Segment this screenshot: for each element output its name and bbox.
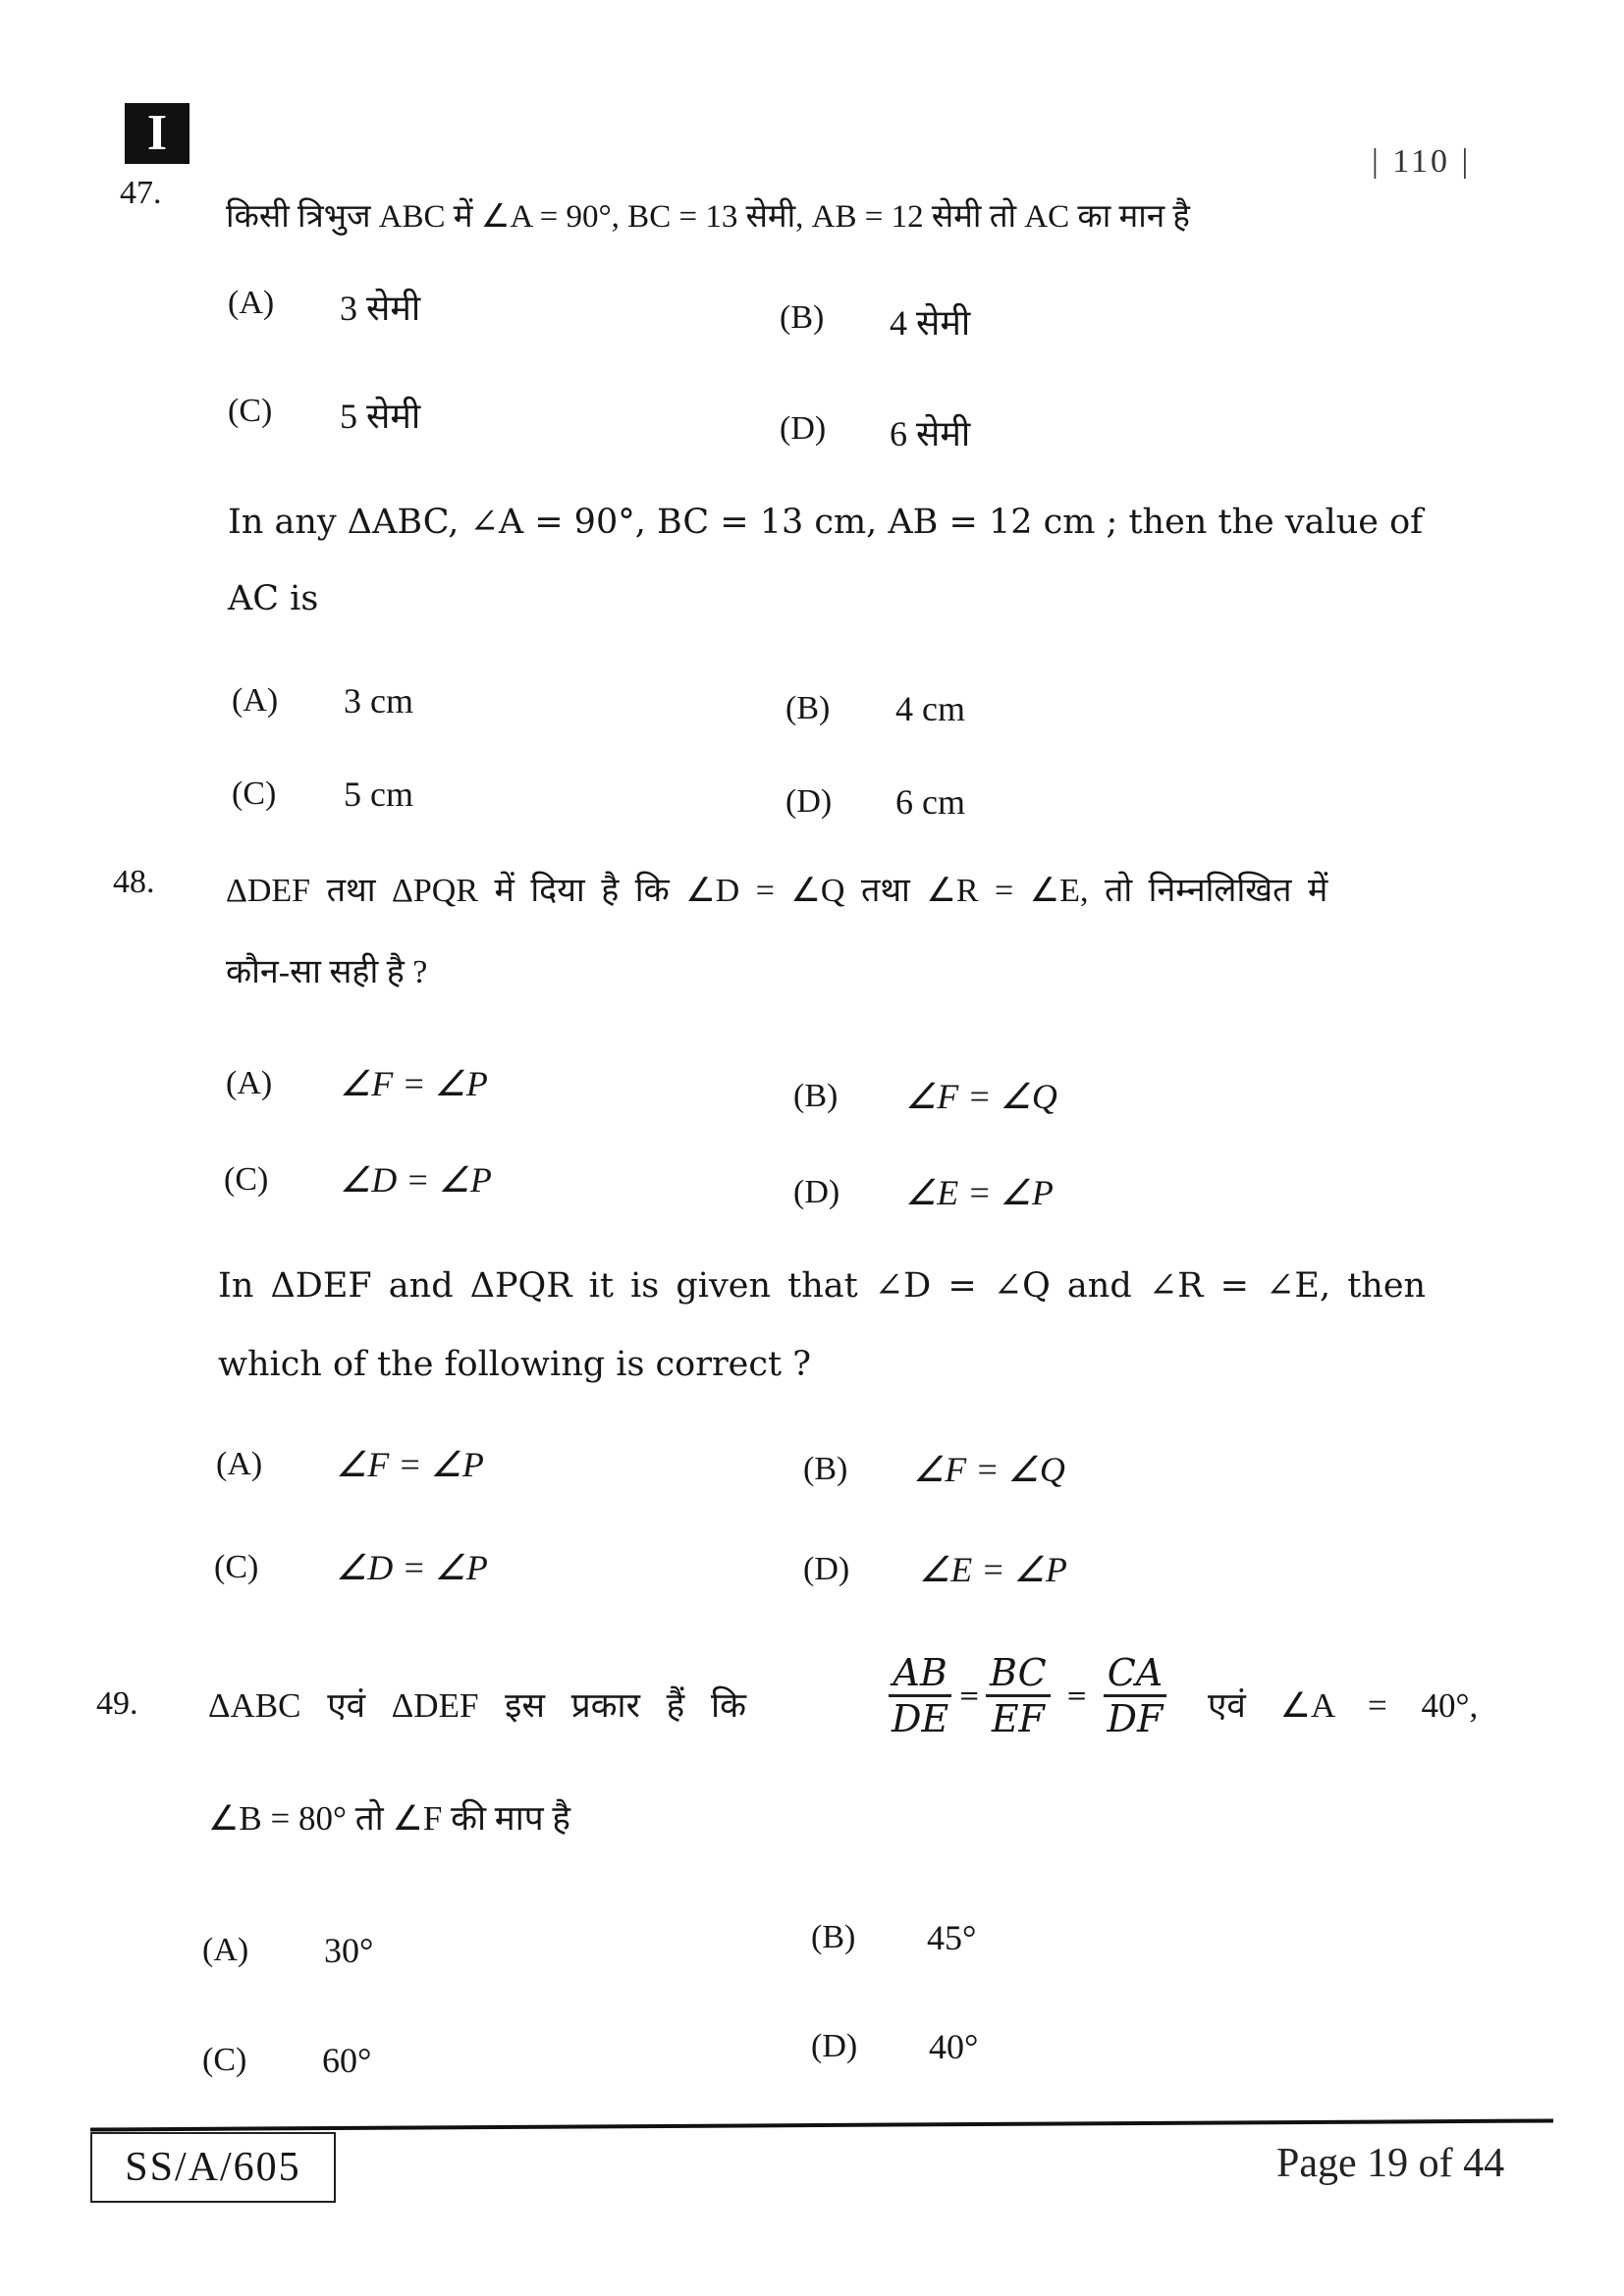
- option-label: (C): [214, 1549, 258, 1586]
- option-value: 60°: [322, 2040, 371, 2081]
- option-label: (B): [785, 690, 830, 727]
- option-label: (A): [216, 1446, 262, 1483]
- question-text-hindi-prefix: ΔABC एवं ΔDEF इस प्रकार हैं कि: [208, 1682, 746, 1728]
- question-text-hindi-suffix: एवं ∠A = 40°,: [1208, 1682, 1478, 1728]
- option-value: 6 cm: [895, 781, 965, 823]
- option-value: ∠F = ∠Q: [913, 1449, 1065, 1490]
- option-value: 3 cm: [344, 680, 413, 721]
- option-value: 30°: [324, 1930, 373, 1971]
- option-label: (B): [780, 299, 824, 337]
- option-label: (D): [803, 1551, 849, 1588]
- question-text-hindi: किसी त्रिभुज ABC में ∠A = 90°, BC = 13 स…: [226, 192, 1190, 237]
- option-value: ∠D = ∠P: [336, 1547, 488, 1588]
- option-label: (A): [226, 1065, 272, 1102]
- option-label: (C): [224, 1161, 268, 1199]
- equals-sign: =: [1066, 1682, 1088, 1711]
- page-code: | 110 |: [1372, 143, 1471, 181]
- question-text-hindi-line1: ΔDEF तथा ΔPQR में दिया है कि ∠D = ∠Q तथा…: [226, 866, 1327, 911]
- option-value: 4 cm: [895, 688, 965, 729]
- fraction: AB DE: [888, 1651, 952, 1740]
- paper-code-box: SS/A/605: [90, 2132, 336, 2203]
- question-number: 48.: [113, 864, 155, 901]
- question-number: 47.: [120, 175, 162, 212]
- question-text-hindi-line2: कौन-सा सही है ?: [226, 947, 427, 992]
- page-indicator: Page 19 of 44: [1276, 2140, 1504, 2187]
- option-value: 6 सेमी: [890, 408, 970, 456]
- option-value: 5 सेमी: [340, 391, 420, 439]
- option-label: (A): [228, 285, 274, 322]
- option-label: (B): [811, 1919, 855, 1956]
- option-value: 40°: [929, 2026, 978, 2067]
- option-label: (A): [232, 682, 278, 720]
- option-value: ∠E = ∠P: [919, 1549, 1067, 1590]
- option-label: (D): [785, 783, 832, 821]
- ratio-equation: AB DE = BC EF = CA DF: [888, 1651, 1166, 1740]
- question-text-english-line2: which of the following is correct ?: [218, 1345, 811, 1384]
- option-label: (B): [793, 1078, 838, 1115]
- fraction: BC EF: [986, 1651, 1051, 1740]
- option-label: (D): [811, 2028, 857, 2065]
- option-value: 45°: [927, 1917, 976, 1958]
- set-badge: I: [125, 103, 189, 164]
- option-value: 4 सेमी: [890, 297, 970, 346]
- option-label: (D): [780, 410, 826, 448]
- fraction: CA DF: [1104, 1651, 1167, 1740]
- option-value: ∠F = ∠P: [340, 1063, 488, 1104]
- option-label: (C): [202, 2042, 246, 2079]
- footer-rule: [90, 2118, 1553, 2131]
- option-value: 5 cm: [344, 774, 413, 815]
- option-value: 3 सेमी: [340, 283, 420, 331]
- option-label: (C): [228, 393, 272, 430]
- question-text-hindi-line2: ∠B = 80° तो ∠F की माप है: [208, 1794, 570, 1841]
- option-value: ∠F = ∠P: [336, 1444, 484, 1485]
- question-text-english-line1: In ΔDEF and ΔPQR it is given that ∠D = ∠…: [218, 1266, 1426, 1306]
- option-label: (B): [803, 1451, 847, 1488]
- option-label: (C): [232, 775, 276, 813]
- option-label: (D): [793, 1174, 839, 1211]
- question-text-english-line1: In any ΔABC, ∠A = 90°, BC = 13 cm, AB = …: [228, 503, 1423, 542]
- equals-sign: =: [958, 1682, 980, 1711]
- question-number: 49.: [96, 1685, 138, 1723]
- option-value: ∠D = ∠P: [340, 1159, 492, 1201]
- option-value: ∠E = ∠P: [905, 1172, 1054, 1213]
- option-value: ∠F = ∠Q: [905, 1076, 1057, 1117]
- option-label: (A): [202, 1932, 248, 1969]
- question-text-english-line2: AC is: [228, 579, 318, 618]
